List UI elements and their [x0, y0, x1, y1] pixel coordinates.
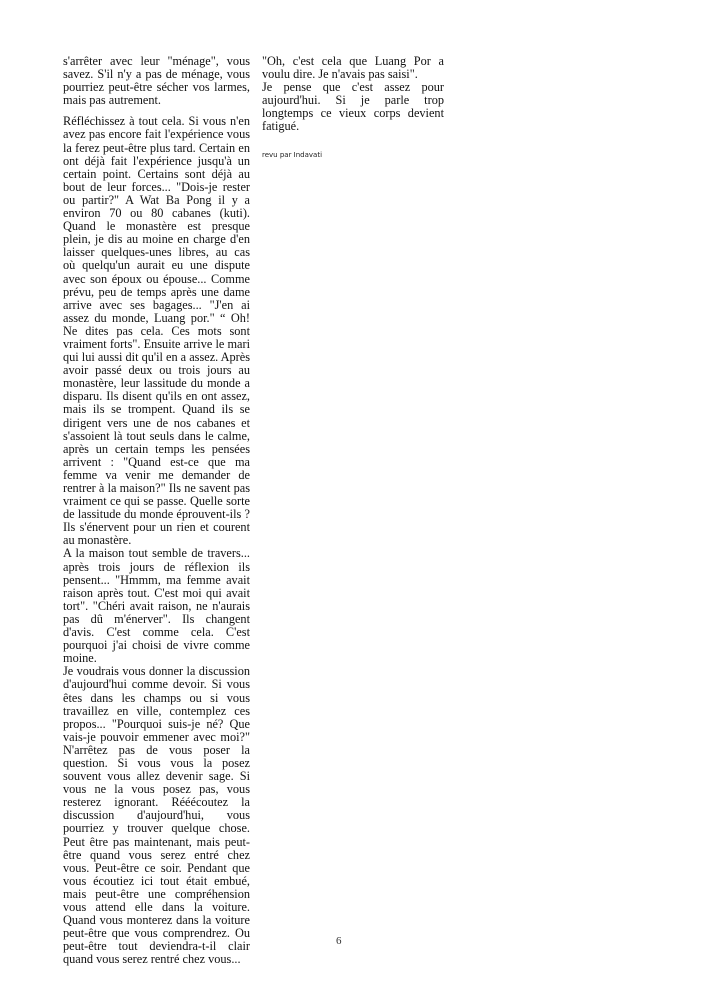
paragraph: "Oh, c'est cela que Luang Por a voulu di… — [262, 55, 444, 81]
document-page: s'arrêter avec leur "ménage", vous savez… — [0, 0, 704, 993]
reviewer-credit: revu par Indavati — [262, 149, 444, 162]
paragraph: Réfléchissez à tout cela. Si vous n'en a… — [63, 115, 250, 547]
paragraph: Je voudrais vous donner la discussion d'… — [63, 665, 250, 966]
paragraph: s'arrêter avec leur "ménage", vous savez… — [63, 55, 250, 107]
right-column: "Oh, c'est cela que Luang Por a voulu di… — [262, 55, 444, 162]
page-number: 6 — [336, 935, 342, 947]
paragraph: A la maison tout semble de travers... ap… — [63, 547, 250, 665]
left-column: s'arrêter avec leur "ménage", vous savez… — [63, 55, 250, 966]
paragraph: Je pense que c'est assez pour aujourd'hu… — [262, 81, 444, 133]
